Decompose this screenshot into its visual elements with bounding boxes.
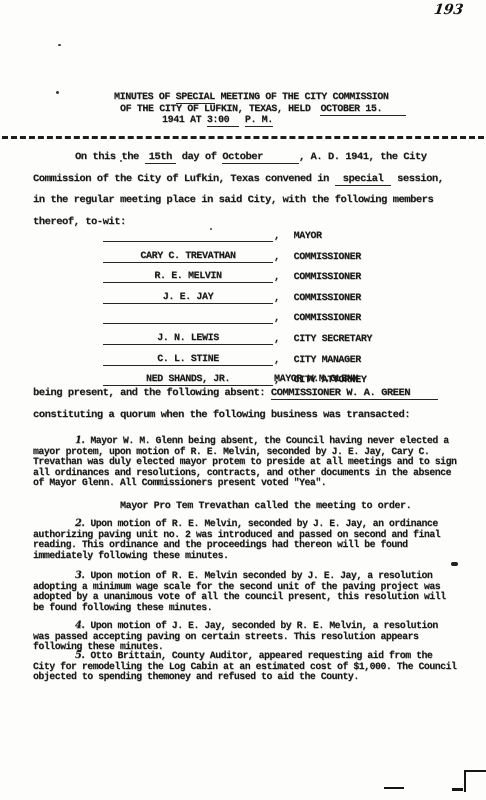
member-title: COMMISSIONER bbox=[294, 293, 361, 304]
opening-month-fillin: October bbox=[222, 151, 299, 164]
title-line1-post: MEETING OF THE CITY COMMISSION bbox=[215, 92, 389, 103]
opening-session-fillin: special bbox=[335, 173, 392, 186]
paragraph-3-text: Upon motion of R. E. Melvin seconded by … bbox=[33, 570, 446, 613]
scan-mark-foot bbox=[452, 788, 463, 791]
ink-speck bbox=[58, 44, 61, 46]
member-row: ,COMMISSIONER bbox=[103, 311, 372, 324]
member-row: C. L. STINE,CITY MANAGER bbox=[103, 353, 372, 366]
comma: , bbox=[274, 334, 280, 345]
paragraph-3: 3.Upon motion of R. E. Melvin seconded b… bbox=[33, 571, 459, 613]
member-name: CARY C. TREVATHAN bbox=[103, 251, 273, 263]
title-line-3: 1941 AT 3:00 P. M. bbox=[114, 115, 434, 127]
title-line1-underlined: SPECIAL bbox=[176, 92, 215, 104]
call-to-order-line: Mayor Pro Tem Trevathan called the meeti… bbox=[120, 501, 411, 512]
member-title: MAYOR bbox=[294, 231, 322, 242]
dashed-separator bbox=[2, 136, 484, 139]
member-name: NED SHANDS, JR. bbox=[103, 374, 273, 386]
member-name: R. E. MELVIN bbox=[103, 271, 273, 283]
member-row: J. E. JAY,COMMISSIONER bbox=[103, 291, 372, 304]
title-line1-pre: MINUTES OF bbox=[114, 92, 176, 103]
comma: , bbox=[274, 272, 280, 283]
member-name-blank bbox=[103, 323, 273, 324]
comma: , bbox=[274, 313, 280, 324]
scanned-minutes-page: { "page_number": "193", "title": { "line… bbox=[0, 0, 486, 800]
absent-line: being present, and the following absent:… bbox=[33, 387, 473, 399]
opening-day-fillin: 15th bbox=[145, 151, 176, 164]
scan-mark-step bbox=[464, 770, 486, 792]
opening-paragraph: On this the 15th day of October, A. D. 1… bbox=[33, 147, 459, 233]
ink-blot bbox=[451, 562, 458, 566]
title-line3-pre: 1941 AT bbox=[162, 115, 201, 126]
title-time-underlined: 3:00 bbox=[207, 115, 239, 127]
absent-name-underlined: COMMISSIONER W. A. GREEN bbox=[271, 387, 438, 400]
title-line2-pre: OF THE CITY OF LUFKIN, TEXAS, HELD bbox=[120, 104, 310, 115]
paragraph-3-number: 3. bbox=[75, 570, 90, 581]
mayor-present-note: MAYOR W.M.GLENN bbox=[274, 374, 358, 385]
member-title: CITY SECRETARY bbox=[294, 334, 372, 345]
paragraph-5-number: 5. bbox=[75, 650, 90, 661]
paragraph-1: 1.Mayor W. M. Glenn being absent, the Co… bbox=[33, 436, 459, 489]
ink-speck bbox=[120, 160, 122, 162]
member-title: COMMISSIONER bbox=[294, 252, 361, 263]
members-roster: ,MAYOR CARY C. TREVATHAN,COMMISSIONER R.… bbox=[103, 229, 372, 394]
member-name: C. L. STINE bbox=[103, 354, 273, 366]
scan-mark-dash bbox=[384, 787, 404, 789]
paragraph-4-text: Upon motion of J. E. Jay, seconded by R.… bbox=[33, 620, 438, 652]
member-title: CITY MANAGER bbox=[294, 355, 361, 366]
title-date-underlined: OCTOBER 15. bbox=[320, 104, 406, 116]
ink-speck bbox=[210, 228, 212, 230]
member-name-blank bbox=[103, 241, 273, 242]
comma: , bbox=[274, 252, 280, 263]
paragraph-5: 5.Otto Brittain, County Auditor, appeare… bbox=[33, 651, 459, 683]
member-row: ,MAYOR bbox=[103, 229, 372, 242]
member-row: CARY C. TREVATHAN,COMMISSIONER bbox=[103, 250, 372, 263]
member-row: J. N. LEWIS,CITY SECRETARY bbox=[103, 332, 372, 345]
member-title: COMMISSIONER bbox=[294, 272, 361, 283]
member-name: J. E. JAY bbox=[103, 292, 273, 304]
title-block: MINUTES OF SPECIAL MEETING OF THE CITY C… bbox=[114, 92, 434, 127]
comma: , bbox=[274, 231, 280, 242]
paragraph-5-text: Otto Brittain, County Auditor, appeared … bbox=[33, 650, 456, 682]
paragraph-1-text: Mayor W. M. Glenn being absent, the Coun… bbox=[33, 435, 456, 488]
page-number: 193 bbox=[433, 2, 464, 18]
comma: , bbox=[274, 293, 280, 304]
paragraph-2-text: Upon motion of R. E. Melvin, seconded by… bbox=[33, 518, 440, 561]
comma: , bbox=[274, 355, 280, 366]
opening-seg1: On this the bbox=[75, 151, 139, 163]
paragraph-2: 2.Upon motion of R. E. Melvin, seconded … bbox=[33, 519, 459, 561]
paragraph-4-number: 4. bbox=[75, 620, 90, 631]
member-row: R. E. MELVIN,COMMISSIONER bbox=[103, 270, 372, 283]
quorum-line: constituting a quorum when the following… bbox=[33, 409, 473, 421]
paragraph-2-number: 2. bbox=[75, 518, 90, 529]
opening-seg2: day of bbox=[182, 151, 217, 163]
title-meridiem-underlined: P. M. bbox=[245, 115, 273, 127]
paragraph-1-number: 1. bbox=[75, 435, 90, 446]
member-name: J. N. LEWIS bbox=[103, 333, 273, 345]
ink-speck bbox=[56, 91, 59, 94]
paragraph-4: 4.Upon motion of J. E. Jay, seconded by … bbox=[33, 621, 459, 653]
title-line-2: OF THE CITY OF LUFKIN, TEXAS, HELDOCTOBE… bbox=[114, 104, 434, 116]
member-title: COMMISSIONER bbox=[294, 313, 361, 324]
absent-line-pre: being present, and the following absent: bbox=[33, 387, 271, 399]
title-line-1: MINUTES OF SPECIAL MEETING OF THE CITY C… bbox=[114, 92, 434, 104]
